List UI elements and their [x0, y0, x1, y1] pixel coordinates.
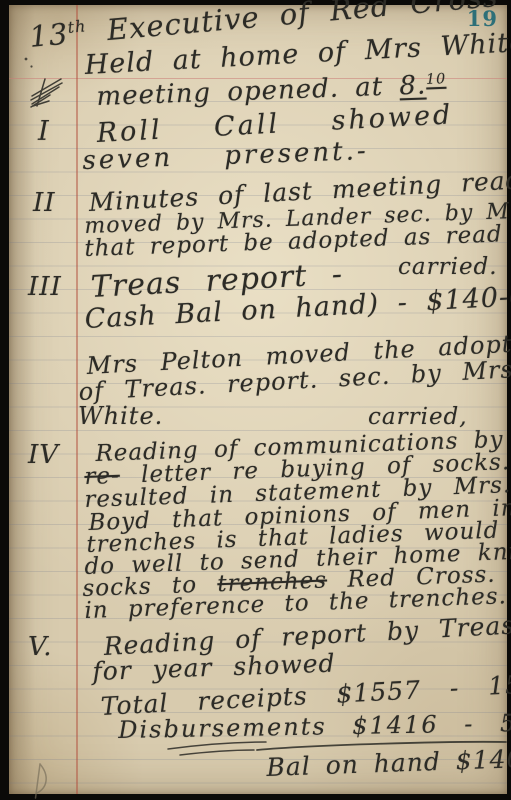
- handwriting-segment: IV: [28, 440, 59, 470]
- handwriting-segment: 8.: [399, 70, 427, 101]
- handwriting-line: II: [33, 188, 56, 218]
- handwriting-line: V.: [28, 632, 53, 662]
- handwriting-segment: Bal on hand $140. 61: [266, 742, 511, 782]
- handwriting-segment: III: [28, 272, 62, 302]
- handwriting-line: carried,: [368, 404, 468, 430]
- handwriting-line: Disbursements $1416 - 54: [118, 709, 511, 744]
- handwriting-segment: White.: [78, 402, 163, 430]
- handwriting-layer: 13th Executive of Red CrossHeld at home …: [0, 0, 511, 800]
- handwriting-line: III: [28, 272, 62, 302]
- handwriting-segment: V.: [28, 632, 53, 662]
- handwriting-segment: carried,: [368, 404, 468, 430]
- scanned-minutes-page: 19 13th Executive of Red CrossHeld at ho…: [0, 0, 511, 800]
- handwriting-segment: Disbursements $1416 - 54: [118, 709, 511, 744]
- handwriting-line: I: [38, 116, 50, 147]
- handwriting-segment: carried.: [398, 254, 498, 280]
- handwriting-line: IV: [28, 440, 59, 470]
- handwriting-line: Bal on hand $140. 61: [266, 742, 511, 782]
- handwriting-line: carried.: [398, 254, 498, 280]
- handwriting-segment: 10: [426, 71, 447, 88]
- handwriting-segment: I: [38, 116, 50, 147]
- handwriting-segment: 13: [28, 17, 70, 54]
- handwriting-segment: II: [33, 188, 56, 218]
- handwriting-line: White.: [78, 402, 163, 430]
- handwriting-segment: th: [67, 16, 87, 37]
